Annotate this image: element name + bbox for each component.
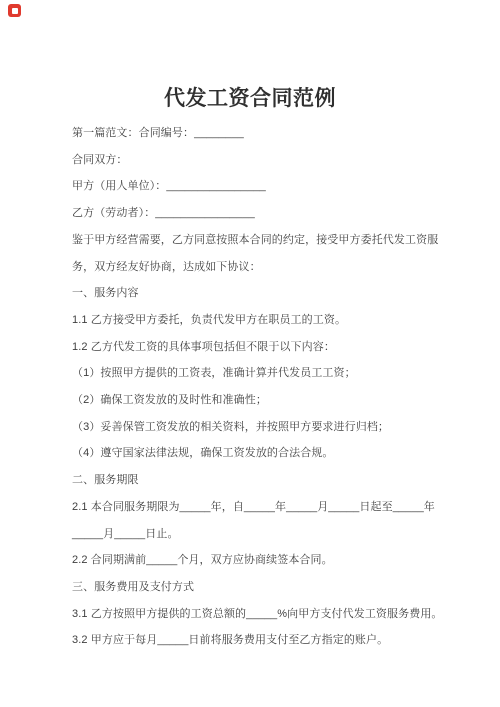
document-title: 代发工资合同范例 — [0, 82, 500, 112]
red-logo-icon — [8, 4, 21, 17]
doc-line-clause-3-2: 3.2 甲方应于每月_____日前将服务费用支付至乙方指定的账户。 — [72, 627, 444, 654]
doc-line-item-2: （2）确保工资发放的及时性和准确性； — [72, 387, 444, 414]
doc-line-clause-2-1b: _____月_____日止。 — [72, 521, 444, 548]
doc-line-section-1-heading: 一、服务内容 — [72, 280, 444, 307]
doc-line-item-3: （3）妥善保管工资发放的相关资料，并按照甲方要求进行归档； — [72, 414, 444, 441]
doc-line-parties-heading: 合同双方： — [72, 147, 444, 174]
logo-glyph — [12, 8, 18, 14]
doc-line-contract-number: 第一篇范文：合同编号：________ — [72, 120, 444, 147]
doc-line-clause-1-1: 1.1 乙方接受甲方委托，负责代发甲方在职员工的工资。 — [72, 307, 444, 334]
doc-line-clause-2-1a: 2.1 本合同服务期限为_____年，自_____年_____月_____日起至… — [72, 494, 444, 521]
doc-line-party-b: 乙方（劳动者）：________________ — [72, 200, 444, 227]
doc-line-clause-3-1: 3.1 乙方按照甲方提供的工资总额的_____%向甲方支付代发工资服务费用。 — [72, 601, 444, 628]
doc-line-section-2-heading: 二、服务期限 — [72, 467, 444, 494]
doc-line-clause-1-2: 1.2 乙方代发工资的具体事项包括但不限于以下内容： — [72, 334, 444, 361]
document-page: 代发工资合同范例 第一篇范文：合同编号：________ 合同双方： 甲方（用人… — [0, 0, 500, 707]
doc-line-preamble-1: 鉴于甲方经营需要，乙方同意按照本合同的约定，接受甲方委托代发工资服 — [72, 227, 444, 254]
doc-line-clause-2-2: 2.2 合同期满前_____个月，双方应协商续签本合同。 — [72, 547, 444, 574]
doc-line-preamble-2: 务，双方经友好协商，达成如下协议： — [72, 254, 444, 281]
doc-line-item-1: （1）按照甲方提供的工资表，准确计算并代发员工工资； — [72, 360, 444, 387]
doc-line-section-3-heading: 三、服务费用及支付方式 — [72, 574, 444, 601]
doc-line-item-4: （4）遵守国家法律法规，确保工资发放的合法合规。 — [72, 440, 444, 467]
doc-line-party-a: 甲方（用人单位）：________________ — [72, 173, 444, 200]
document-body: 第一篇范文：合同编号：________ 合同双方： 甲方（用人单位）：_____… — [72, 120, 444, 654]
